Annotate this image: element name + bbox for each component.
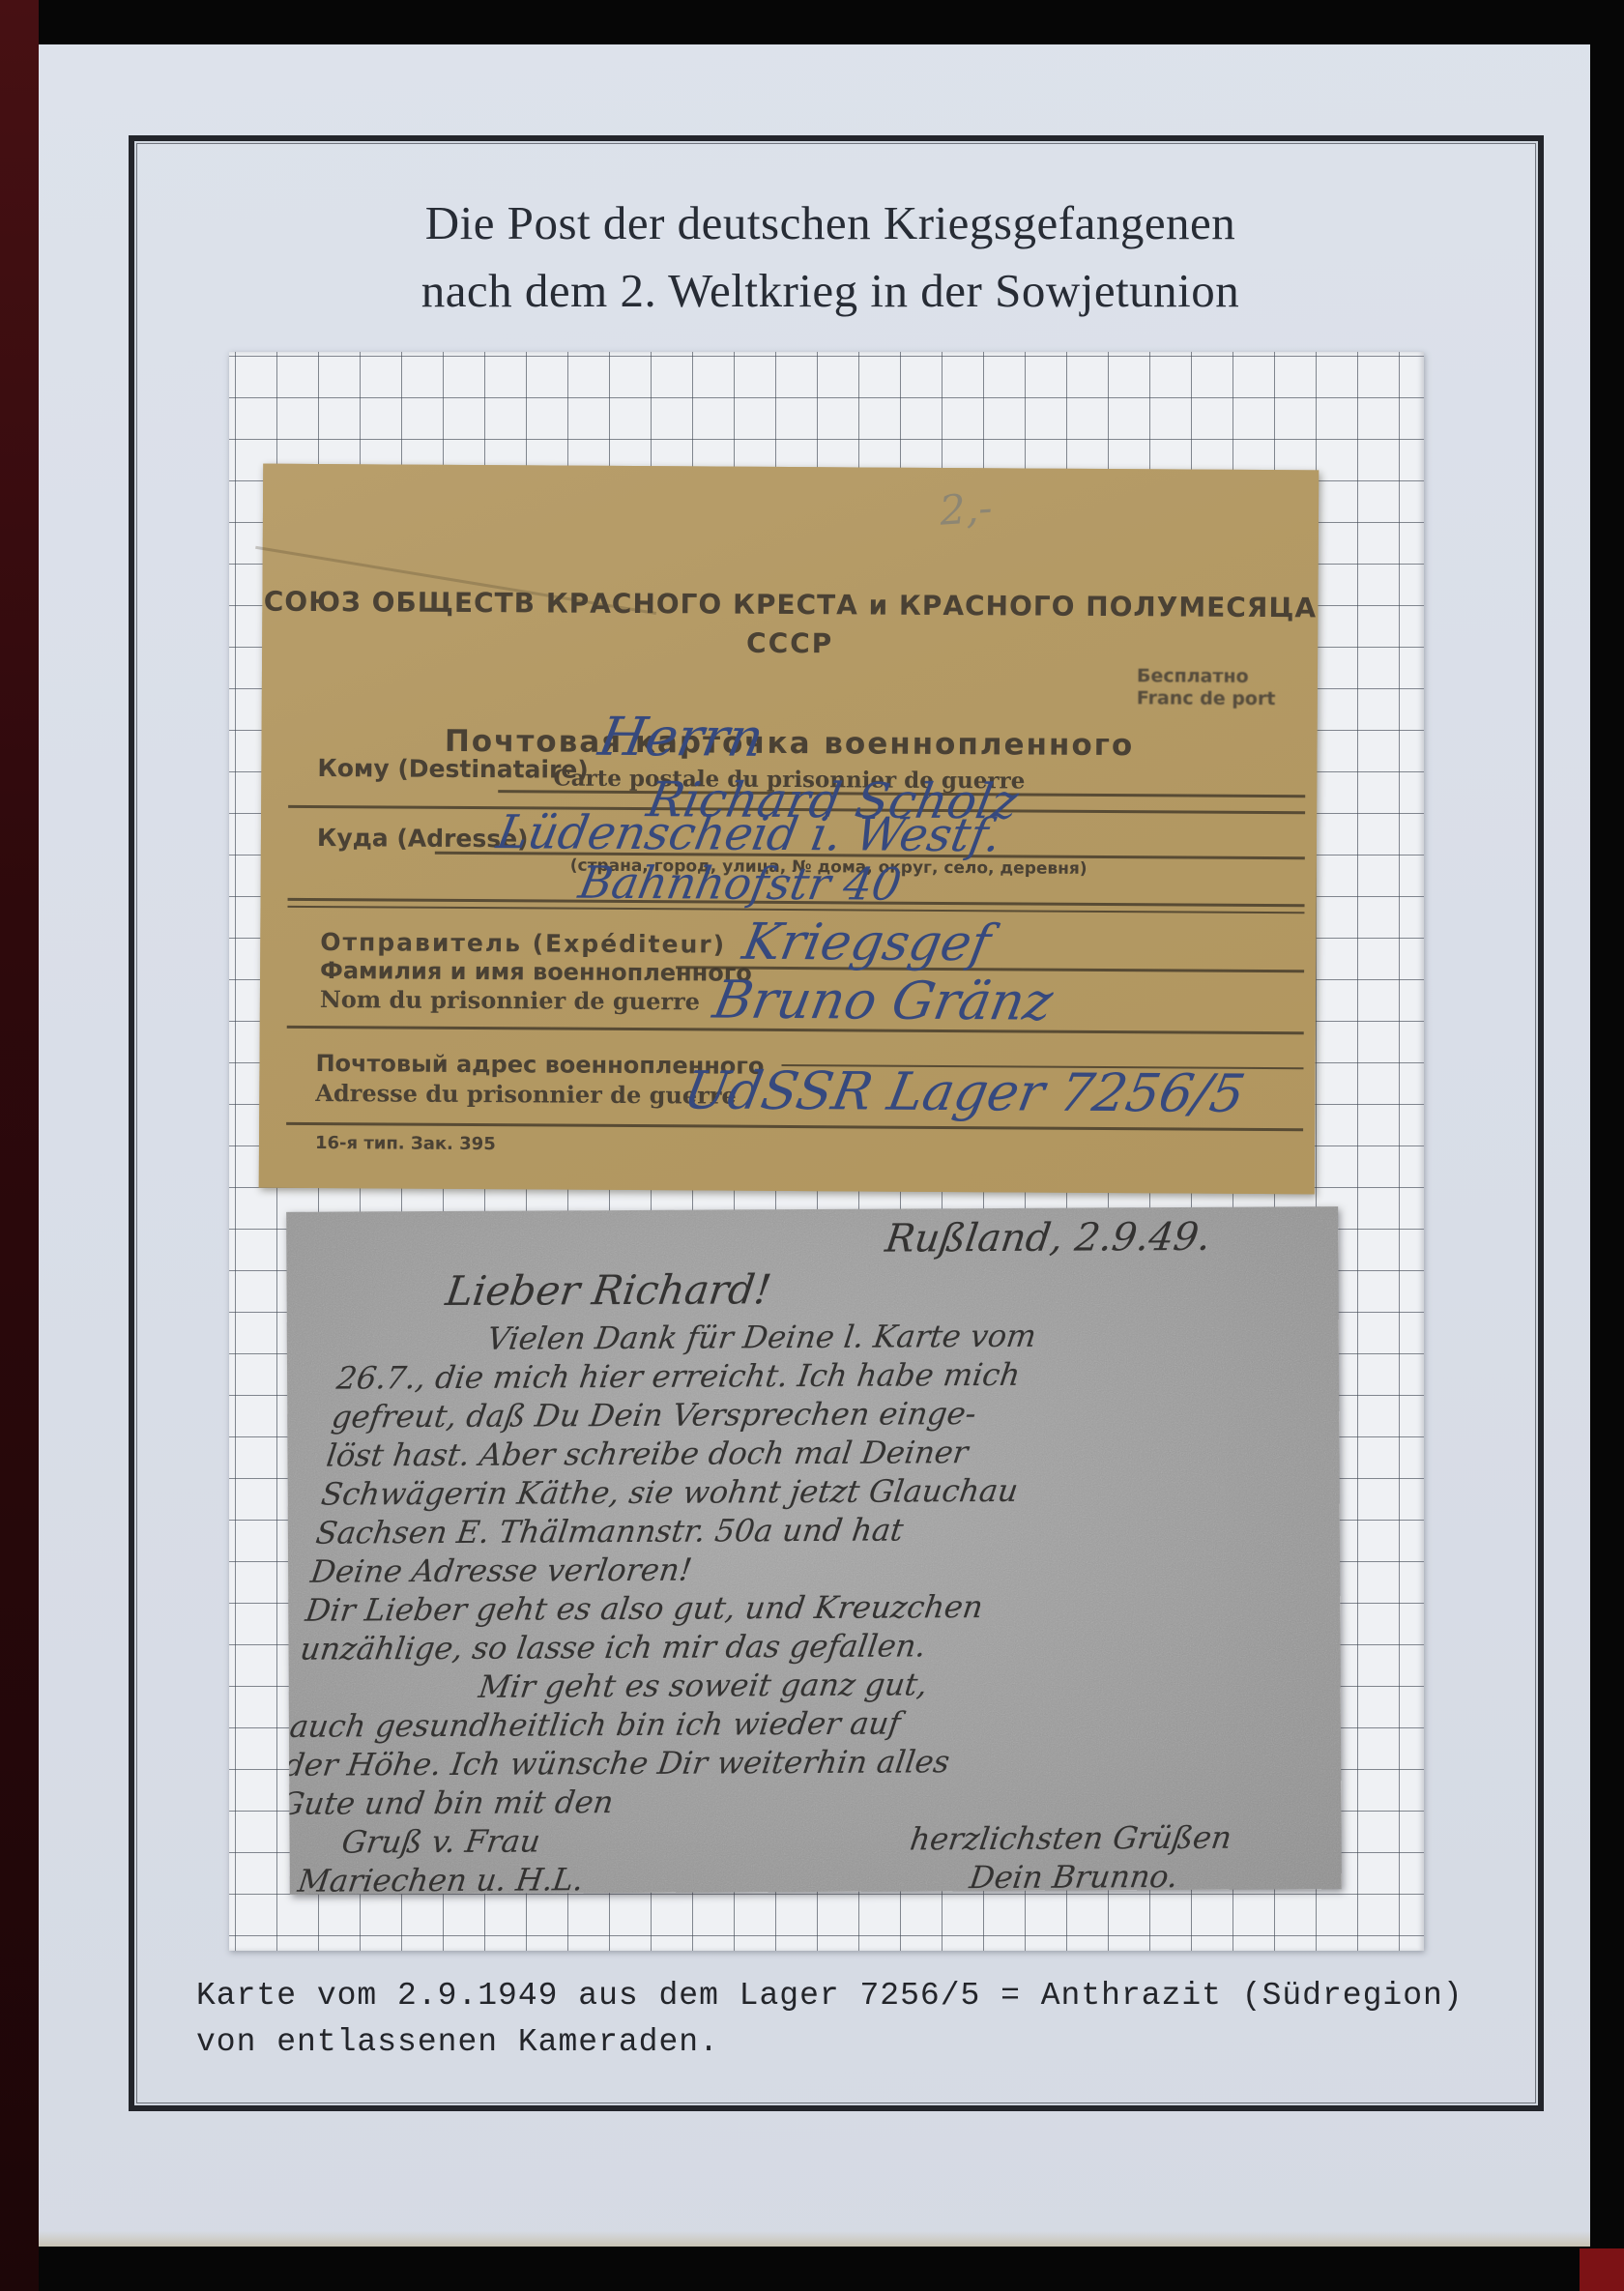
exhibit-caption: Karte vom 2.9.1949 aus dem Lager 7256/5 …	[196, 1973, 1464, 2066]
page-edge	[39, 2231, 1590, 2247]
free-post-ru: Бесплатно	[1137, 665, 1276, 688]
red-cross-header: СОЮЗ ОБЩЕСТВ КРАСНОГО КРЕСТА и КРАСНОГО …	[262, 586, 1318, 624]
message-line: Dir Lieber geht es also gut, und Kreuzch…	[304, 1585, 1323, 1630]
message-line: Gute und bin mit den	[286, 1779, 1297, 1823]
signature-greeting-left: Gruß v. Frau	[286, 1821, 542, 1861]
sender-label-ru-fr: Отправитель (Expéditeur)	[320, 928, 726, 959]
printers-imprint: 16-я тип. Зак. 395	[315, 1133, 496, 1154]
handwritten-recipient-title: Herrn	[594, 706, 768, 768]
handwritten-message-body: Vielen Dank für Deine l. Karte vom 26.7.…	[286, 1315, 1342, 1895]
signature-row: Mariechen u. H.L. Dein Brunno.	[286, 1856, 1287, 1894]
sender-label-name-ru: Фамилия и имя военнопленного	[320, 957, 752, 987]
sender-label-name-fr: Nom du prisonnier de guerre	[320, 985, 700, 1015]
handwritten-salutation: Lieber Richard!	[443, 1265, 773, 1315]
message-line: der Höhe. Ich wünsche Dir weiterhin alle…	[286, 1740, 1302, 1784]
ussr-header: СССР	[262, 624, 1318, 663]
album-cover-corner	[1580, 2248, 1624, 2291]
caption-line1: Karte vom 2.9.1949 aus dem Lager 7256/5 …	[196, 1973, 1464, 2019]
page-title: Die Post der deutschen Kriegsgefangenen …	[129, 189, 1532, 325]
signature-greeting-right: herzlichsten Grüßen	[908, 1817, 1292, 1858]
handwritten-dateline: Rußland, 2.9.49.	[883, 1215, 1213, 1261]
handwritten-pow-status: Kriegsgef	[739, 913, 995, 972]
message-line: Sachsen E. Thälmannstr. 50a und hat	[313, 1508, 1333, 1552]
free-post-fr: Franc de port	[1137, 687, 1276, 710]
album-page: Die Post der deutschen Kriegsgefangenen …	[39, 44, 1590, 2247]
message-line: Deine Adresse verloren!	[308, 1547, 1328, 1591]
pencil-note: 2,-	[939, 483, 994, 534]
message-line: auch gesundheitlich bin ich wieder auf	[287, 1701, 1307, 1746]
album-photo: Die Post der deutschen Kriegsgefangenen …	[0, 0, 1624, 2291]
message-line: unzählige, so lasse ich mir das gefallen…	[298, 1624, 1318, 1668]
signature-family: Mariechen u. H.L.	[286, 1860, 586, 1895]
pow-address-label-fr: Adresse du prisonnier de guerre	[315, 1079, 737, 1110]
signature-name: Dein Brunno.	[968, 1856, 1288, 1894]
message-line: Mir geht es soweit ganz gut,	[293, 1663, 1313, 1707]
handwritten-street: Bahnhofstr 40	[575, 856, 906, 911]
page-title-line1: Die Post der deutschen Kriegsgefangenen	[129, 189, 1532, 257]
handwritten-town: Lüdenscheid i. Westf.	[493, 805, 1005, 862]
signature-row: Gruß v. Frau herzlichsten Grüßen	[286, 1817, 1291, 1862]
to-label: Кому (Destinataire)	[317, 754, 589, 784]
caption-line2: von entlassenen Kameraden.	[196, 2019, 1464, 2066]
album-cover-edge	[0, 0, 39, 2291]
message-line: Schwägerin Käthe, sie wohnt jetzt Glauch…	[319, 1469, 1339, 1514]
message-line: Vielen Dank für Deine l. Karte vom	[339, 1315, 1341, 1359]
pow-postcard-front: 2,- СОЮЗ ОБЩЕСТВ КРАСНОГО КРЕСТА и КРАСН…	[259, 464, 1319, 1195]
message-line: gefreut, daß Du Dein Versprechen einge-	[330, 1392, 1342, 1436]
handwritten-camp-address: UdSSR Lager 7256/5	[680, 1059, 1250, 1123]
message-line: 26.7., die mich hier erreicht. Ich habe …	[334, 1353, 1342, 1398]
message-line: löst hast. Aber schreibe doch mal Deiner	[324, 1431, 1342, 1475]
pow-postcard-back: Rußland, 2.9.49. Lieber Richard! Vielen …	[286, 1206, 1342, 1895]
free-post-mark: Бесплатно Franc de port	[1137, 665, 1276, 710]
page-title-line2: nach dem 2. Weltkrieg in der Sowjetunion	[129, 257, 1532, 325]
handwritten-sender-name: Bruno Gränz	[709, 970, 1058, 1032]
